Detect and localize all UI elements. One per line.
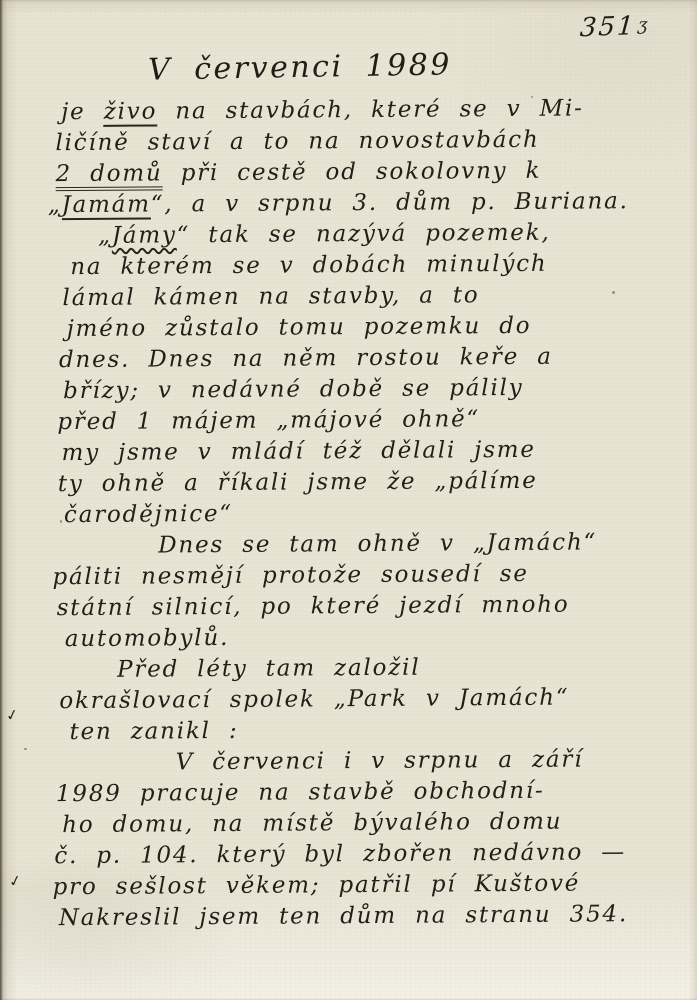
scanned-manuscript-page: 351ʒ V červenci 1989 je živo na stavbách…	[0, 0, 697, 1000]
manuscript-line: jméno zůstalo tomu pozemku do	[67, 310, 677, 345]
manuscript-line: břízy; v nedávné době se pálily	[63, 372, 677, 407]
text-segment: lámal kámen na stavby, a to	[62, 282, 479, 311]
text-segment: páliti nesmějí protože sousedí se	[52, 561, 528, 590]
manuscript-line: „Jámy“ tak se nazývá pozemek,	[98, 217, 676, 252]
margin-check-mark: ✓	[4, 705, 20, 725]
manuscript-line: státní silnicí, po které jezdí mnoho	[57, 589, 679, 624]
paper-speck	[24, 748, 27, 750]
text-segment: V červenci i v srpnu a září	[176, 747, 584, 776]
manuscript-line: je živo na stavbách, které se v Mi-	[61, 93, 675, 128]
manuscript-line: ličíně staví a to na novostavbách	[55, 124, 675, 159]
manuscript-line: ten zanikl :	[69, 713, 679, 748]
manuscript-line: V červenci i v srpnu a září	[176, 744, 680, 779]
page-number: 351ʒ	[579, 11, 651, 43]
text-segment: jméno zůstalo tomu pozemku do	[67, 313, 532, 342]
underlined-text: živo	[104, 98, 158, 126]
text-segment: na kterém se v dobách minulých	[70, 251, 547, 280]
text-segment: ho domu, na místě bývalého domu	[62, 809, 562, 838]
manuscript-line: automobylů.	[65, 620, 679, 655]
text-segment: „	[48, 192, 62, 218]
text-segment: je	[61, 99, 104, 125]
entry-title: V červenci 1989	[148, 47, 452, 87]
text-segment: státní silnicí, po které jezdí mnoho	[57, 592, 570, 622]
page-number-value: 351	[579, 11, 637, 43]
text-segment: my jsme v mládí též dělali jsme	[61, 437, 535, 466]
manuscript-line: lámal kámen na stavby, a to	[62, 279, 676, 314]
text-segment: „	[98, 223, 112, 249]
page-number-flourish-mark: ʒ	[637, 15, 650, 35]
manuscript-line: 2 domů při cestě od sokolovny k	[56, 155, 676, 190]
text-segment: ten zanikl :	[69, 718, 238, 745]
manuscript-line: před 1 májem „májové ohně“	[57, 403, 677, 438]
underlined-text: 2 domů	[56, 160, 163, 191]
text-segment: Dnes se tam ohně v „Jamách“	[158, 529, 597, 558]
margin-check-mark: ✓	[7, 871, 23, 891]
text-segment: Před léty tam založil	[117, 655, 421, 683]
underlined-text: Jámy	[112, 222, 177, 248]
text-segment: pro sešlost věkem; patřil pí Kuštové	[53, 871, 581, 901]
text-segment: břízy; v nedávné době se pálily	[63, 375, 524, 404]
manuscript-line: ho domu, na místě bývalého domu	[62, 806, 680, 841]
manuscript-line: čarodějnice“	[64, 496, 678, 531]
manuscript-line: my jsme v mládí též dělali jsme	[61, 434, 677, 469]
manuscript-line: na kterém se v dobách minulých	[70, 248, 676, 283]
manuscript-line: Dnes se tam ohně v „Jamách“	[158, 527, 678, 562]
text-segment: “ tak se nazývá pozemek,	[177, 220, 551, 249]
paper-speck	[531, 96, 533, 98]
text-segment: při cestě od sokolovny k	[162, 158, 541, 187]
manuscript-body: je živo na stavbách, které se v Mi-ličín…	[55, 93, 681, 934]
manuscript-line: okrašlovací spolek „Park v Jamách“	[59, 682, 679, 717]
text-segment: před 1 májem „májové ohně“	[57, 406, 480, 435]
manuscript-line: Nakreslil jsem ten dům na stranu 354.	[59, 899, 681, 934]
text-segment: “, a v srpnu 3. dům p. Buriana.	[151, 188, 629, 217]
manuscript-line: pro sešlost věkem; patřil pí Kuštové	[52, 868, 680, 903]
text-segment: ličíně staví a to na novostavbách	[55, 127, 539, 156]
manuscript-line: ty ohně a říkali jsme že „pálíme	[58, 465, 678, 500]
text-segment: čarodějnice“	[64, 501, 233, 528]
text-segment: dnes. Dnes na něm rostou keře a	[59, 344, 553, 373]
text-segment: 1989 pracuje na stavbě obchodní-	[56, 778, 545, 807]
paper-speck	[60, 520, 62, 523]
manuscript-line: páliti nesmějí protože sousedí se	[52, 558, 678, 593]
manuscript-line: Před léty tam založil	[117, 651, 679, 686]
text-segment: č. p. 104. který byl zbořen nedávno —	[54, 839, 626, 869]
text-segment: ty ohně a říkali jsme že „pálíme	[58, 468, 538, 497]
underlined-text: Jamám	[61, 192, 150, 221]
text-segment: na stavbách, které se v Mi-	[157, 95, 584, 124]
manuscript-line: 1989 pracuje na stavbě obchodní-	[56, 775, 680, 810]
manuscript-line: „Jamám“, a v srpnu 3. dům p. Buriana.	[48, 186, 676, 221]
manuscript-line: č. p. 104. který byl zbořen nedávno —	[54, 837, 680, 872]
manuscript-line: dnes. Dnes na něm rostou keře a	[59, 341, 677, 376]
paper-speck	[612, 291, 615, 294]
text-segment: automobylů.	[65, 625, 229, 652]
text-segment: okrašlovací spolek „Park v Jamách“	[59, 685, 569, 715]
text-segment: Nakreslil jsem ten dům na stranu 354.	[59, 901, 628, 931]
